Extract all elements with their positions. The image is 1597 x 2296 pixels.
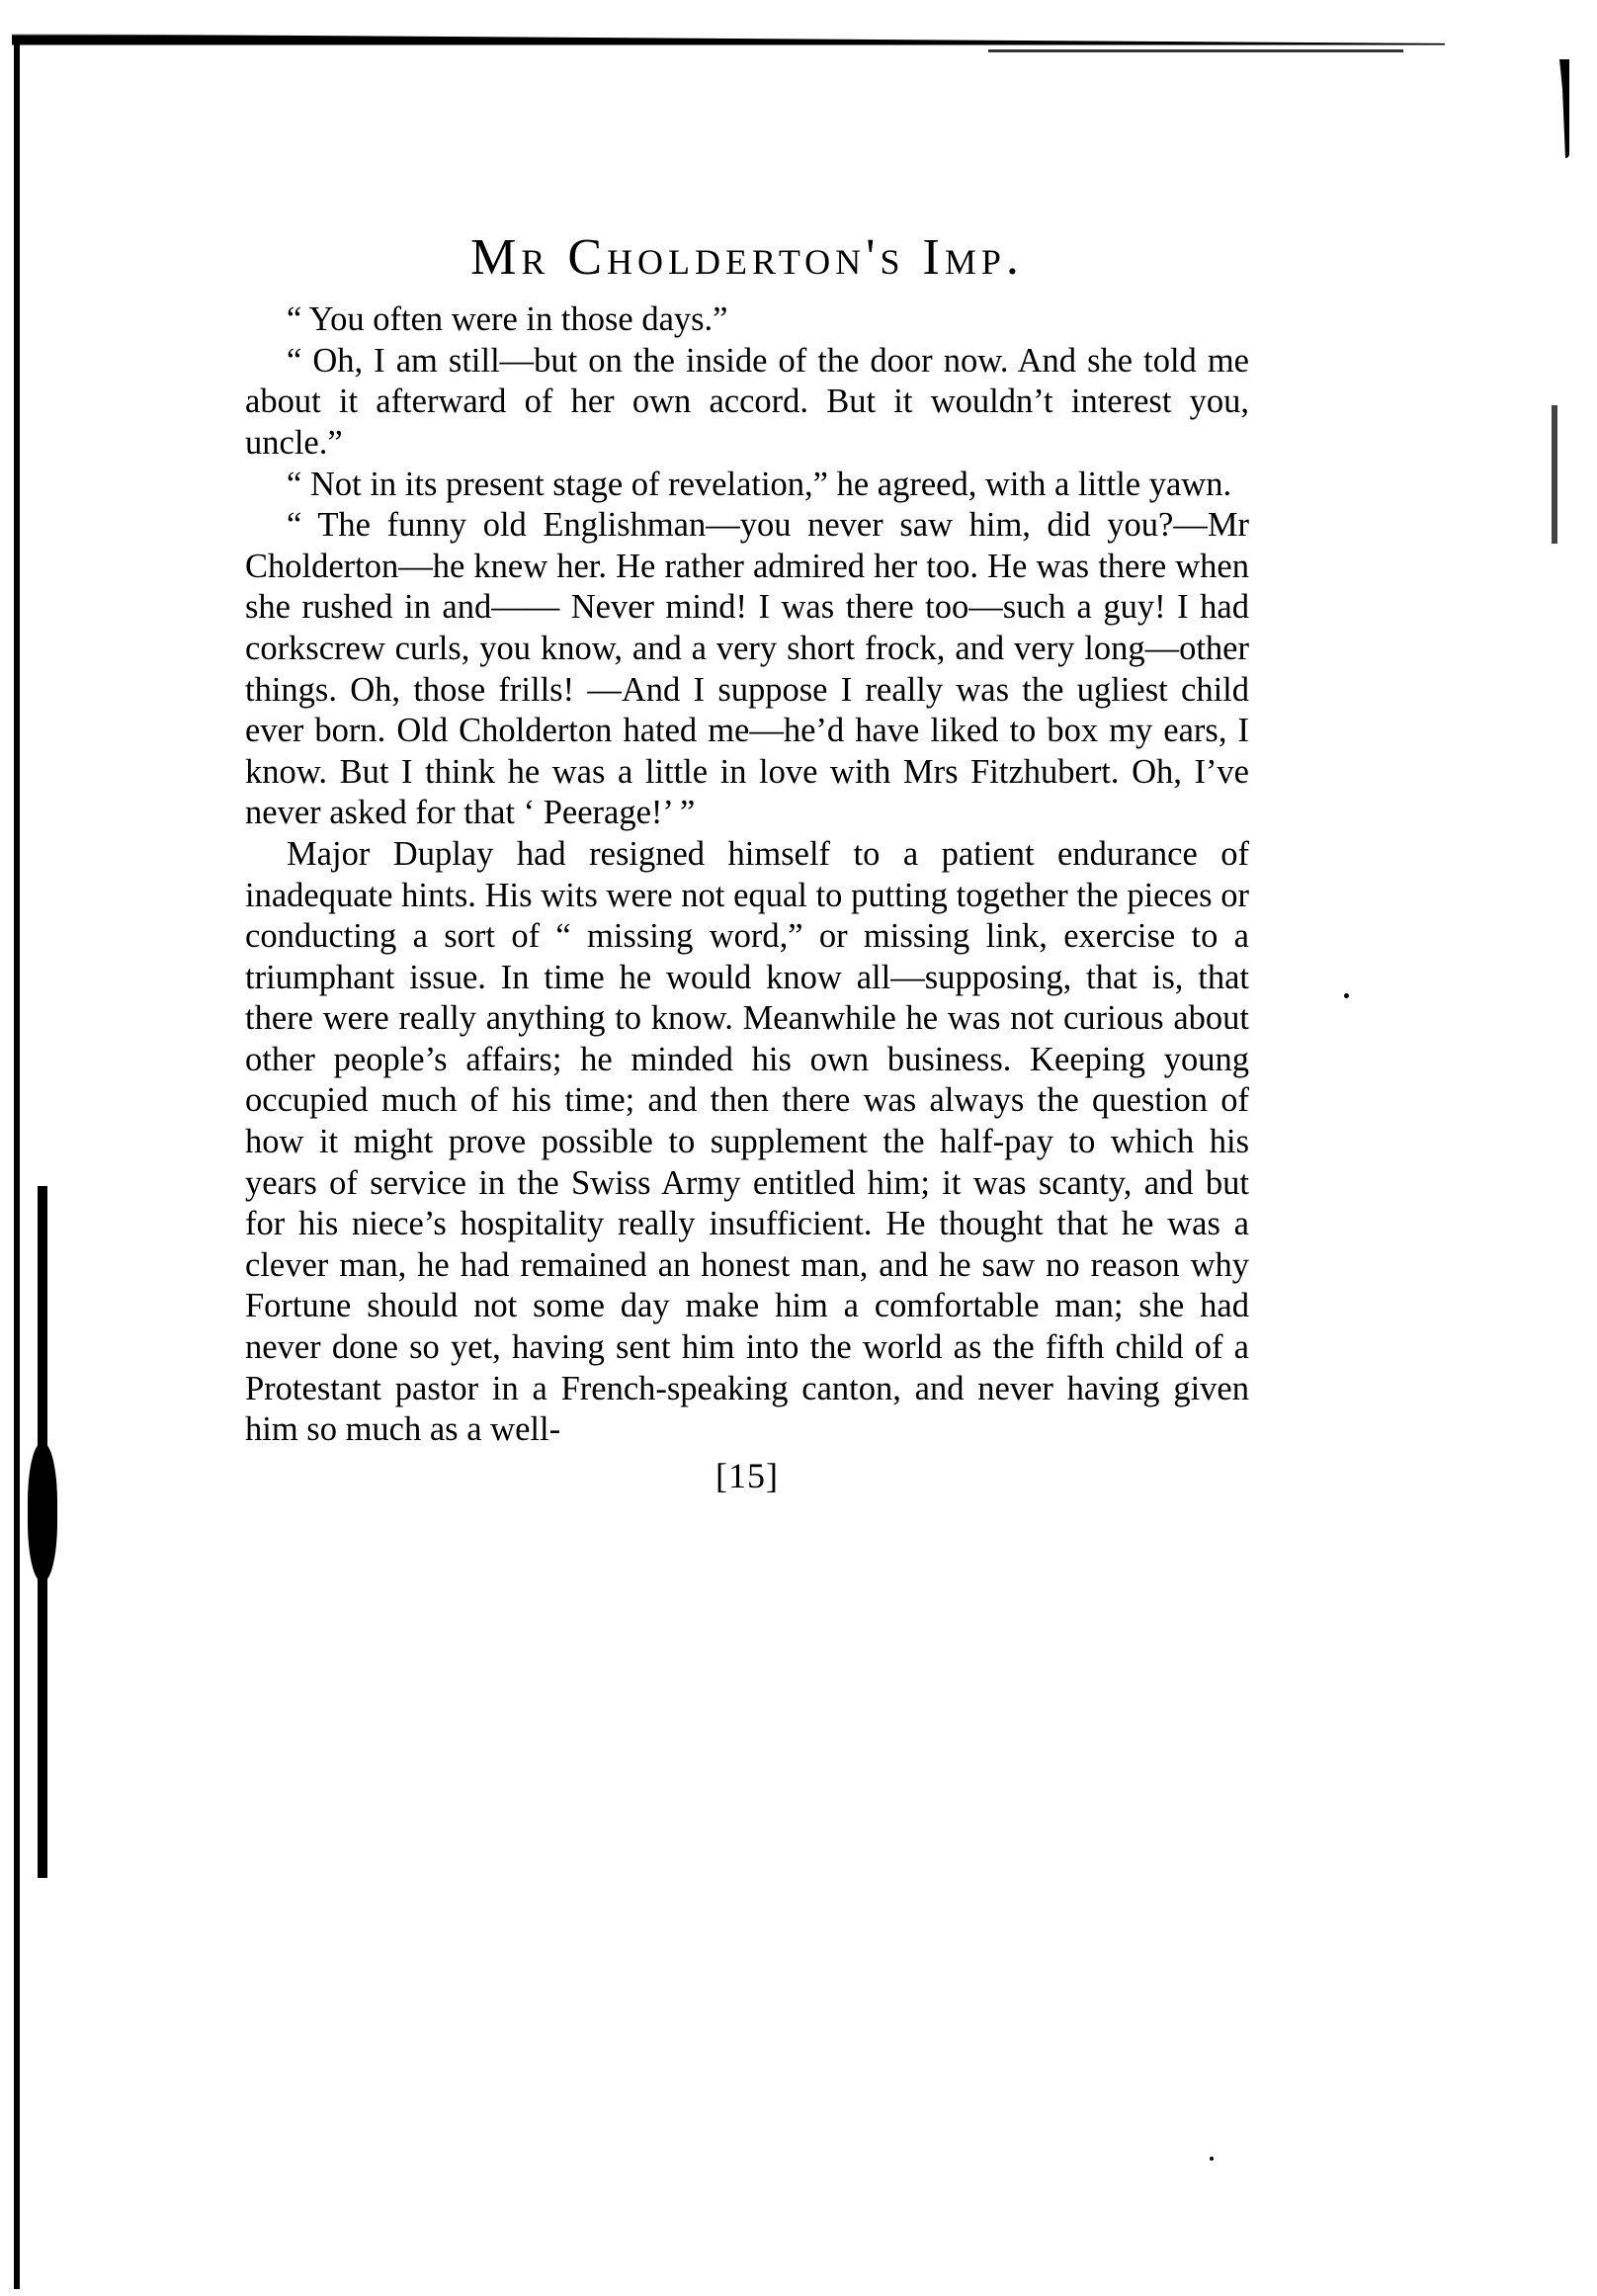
running-head: Mr Cholderton's Imp. xyxy=(245,229,1249,286)
book-page: Mr Cholderton's Imp. “ You often were in… xyxy=(245,229,1249,1496)
scan-left-spine-bulge xyxy=(28,1443,57,1581)
paragraph: “ The funny old Englishman—you never saw… xyxy=(245,505,1249,834)
paragraph: “ Oh, I am still—but on the inside of th… xyxy=(245,341,1249,465)
page-number: [15] xyxy=(245,1455,1249,1496)
scan-speck xyxy=(1344,993,1349,998)
paragraph: Major Duplay had resigned himself to a p… xyxy=(245,834,1249,1451)
scan-left-spine-shadow xyxy=(14,36,20,2289)
paragraph: “ You often were in those days.” xyxy=(245,299,1249,341)
scan-right-edge-mark xyxy=(1559,59,1569,158)
paragraph: “ Not in its present stage of revelation… xyxy=(245,465,1249,506)
scan-top-border-fade xyxy=(988,49,1403,52)
scan-right-edge-smudge xyxy=(1552,405,1557,544)
body-text: “ You often were in those days.” “ Oh, I… xyxy=(245,299,1249,1451)
scan-speck xyxy=(1210,2157,1214,2161)
